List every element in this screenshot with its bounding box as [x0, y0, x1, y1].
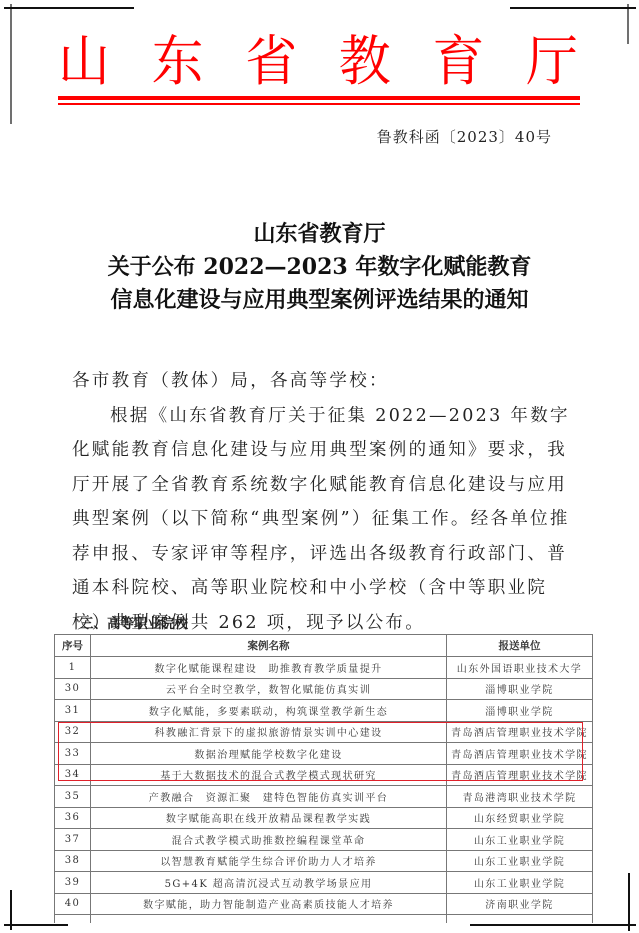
cell-number: 31 [55, 700, 91, 722]
cell-number: 34 [55, 764, 91, 786]
letterhead-rule-thin [58, 103, 580, 105]
cell-number: 33 [55, 743, 91, 765]
crop-mark-bottom-left-h [4, 924, 68, 926]
crop-mark-bottom-left-v [10, 890, 12, 930]
table-row: 34基于大数据技术的混合式教学模式现状研究青岛酒店管理职业技术学院 [55, 764, 593, 786]
column-header-number: 序号 [55, 635, 91, 657]
title-line-2: 关于公布 2022—2023 年数字化赋能教育 [0, 251, 639, 284]
table-header-row: 序号 案例名称 报送单位 [55, 635, 593, 657]
table-row: 1数字化赋能课程建设 助推教育教学质量提升山东外国语职业技术大学 [55, 657, 593, 679]
table-row: 37混合式教学模式助推数控编程课堂革命山东工业职业学院 [55, 829, 593, 851]
cell-case-name: 数字赋能高职在线开放精品课程教学实践 [91, 807, 447, 829]
crop-mark-top-right-v [627, 4, 629, 44]
crop-mark-bottom-right-h [470, 924, 636, 926]
cell-number: 32 [55, 721, 91, 743]
cell-case-name: 数字化赋能，多要素联动，构筑课堂教学新生态 [91, 700, 447, 722]
table-row: 36数字赋能高职在线开放精品课程教学实践山东经贸职业学院 [55, 807, 593, 829]
cases-table: 序号 案例名称 报送单位 1数字化赋能课程建设 助推教育教学质量提升山东外国语职… [54, 634, 593, 923]
salutation: 各市教育（教体）局，各高等学校： [72, 364, 572, 399]
cell-case-name: 数据治理赋能学校数字化建设 [91, 743, 447, 765]
cell-unit: 济南职业学院 [447, 893, 593, 915]
letterhead-rule-thick [58, 96, 580, 100]
cell-case-name: 产教融合 资源汇聚 建特色智能仿真实训平台 [91, 786, 447, 808]
column-header-case-name: 案例名称 [91, 635, 447, 657]
cell-number: 39 [55, 872, 91, 894]
cell-unit: 山东工业职业学院 [447, 872, 593, 894]
table-row: 33数据治理赋能学校数字化建设青岛酒店管理职业技术学院 [55, 743, 593, 765]
cell-number: 30 [55, 678, 91, 700]
table-row: 31数字化赋能，多要素联动，构筑课堂教学新生态淄博职业学院 [55, 700, 593, 722]
letterhead-char: 山 [58, 35, 110, 90]
cell-unit: 青岛酒店管理职业技术学院 [447, 743, 593, 765]
table-row: 32科教融汇背景下的虚拟旅游情景实训中心建设青岛酒店管理职业技术学院 [55, 721, 593, 743]
cell-number: 1 [55, 657, 91, 679]
table-row-partial [55, 915, 593, 924]
section-heading: 三、高等职业院校 [80, 612, 188, 632]
table-row: 40数字赋能，助力智能制造产业高素质技能人才培养济南职业学院 [55, 893, 593, 915]
document-body: 各市教育（教体）局，各高等学校： 根据《山东省教育厅关于征集 2022—2023… [72, 364, 572, 640]
crop-mark-bottom-right-v [628, 873, 630, 931]
cell-number: 36 [55, 807, 91, 829]
cell-case-name: 基于大数据技术的混合式教学模式现状研究 [91, 764, 447, 786]
table-row: 395G+4K 超高清沉浸式互动教学场景应用山东工业职业学院 [55, 872, 593, 894]
crop-mark-top-left-v [10, 4, 12, 124]
cell-case-name: 数字化赋能课程建设 助推教育教学质量提升 [91, 657, 447, 679]
column-header-unit: 报送单位 [447, 635, 593, 657]
cell-unit: 山东工业职业学院 [447, 850, 593, 872]
title-line-3: 信息化建设与应用典型案例评选结果的通知 [0, 284, 639, 317]
cell-unit: 青岛酒店管理职业技术学院 [447, 764, 593, 786]
cell-case-name: 5G+4K 超高清沉浸式互动教学场景应用 [91, 872, 447, 894]
cell-number: 35 [55, 786, 91, 808]
cell-unit: 山东工业职业学院 [447, 829, 593, 851]
cell-case-name: 科教融汇背景下的虚拟旅游情景实训中心建设 [91, 721, 447, 743]
cell-unit: 淄博职业学院 [447, 678, 593, 700]
body-paragraph: 根据《山东省教育厅关于征集 2022—2023 年数字化赋能教育信息化建设与应用… [72, 399, 572, 641]
cell-unit: 山东经贸职业学院 [447, 807, 593, 829]
letterhead-char: 育 [432, 35, 484, 90]
table-row: 35产教融合 资源汇聚 建特色智能仿真实训平台青岛港湾职业技术学院 [55, 786, 593, 808]
document-number: 鲁教科函〔2023〕40号 [377, 126, 552, 147]
table-row: 30云平台全时空教学，数智化赋能仿真实训淄博职业学院 [55, 678, 593, 700]
cell-case-name: 数字赋能，助力智能制造产业高素质技能人才培养 [91, 893, 447, 915]
document-title: 山东省教育厅 关于公布 2022—2023 年数字化赋能教育 信息化建设与应用典… [0, 218, 639, 317]
letterhead-char: 教 [339, 35, 391, 90]
cell-number: 38 [55, 850, 91, 872]
cell-unit: 青岛酒店管理职业技术学院 [447, 721, 593, 743]
crop-mark-top-left-h [4, 7, 134, 9]
letterhead-char: 厅 [526, 35, 578, 90]
table-row: 38以智慧教育赋能学生综合评价助力人才培养山东工业职业学院 [55, 850, 593, 872]
cell-unit: 青岛港湾职业技术学院 [447, 786, 593, 808]
cell-case-name: 云平台全时空教学，数智化赋能仿真实训 [91, 678, 447, 700]
cell-unit: 淄博职业学院 [447, 700, 593, 722]
cell-unit: 山东外国语职业技术大学 [447, 657, 593, 679]
cell-case-name: 以智慧教育赋能学生综合评价助力人才培养 [91, 850, 447, 872]
cell-case-name: 混合式教学模式助推数控编程课堂革命 [91, 829, 447, 851]
letterhead-char: 省 [245, 35, 297, 90]
crop-mark-top-right-h [510, 7, 636, 9]
letterhead-char: 东 [152, 35, 204, 90]
cell-number: 37 [55, 829, 91, 851]
letterhead-title: 山 东 省 教 育 厅 [58, 30, 578, 94]
title-line-1: 山东省教育厅 [0, 218, 639, 251]
cell-number: 40 [55, 893, 91, 915]
